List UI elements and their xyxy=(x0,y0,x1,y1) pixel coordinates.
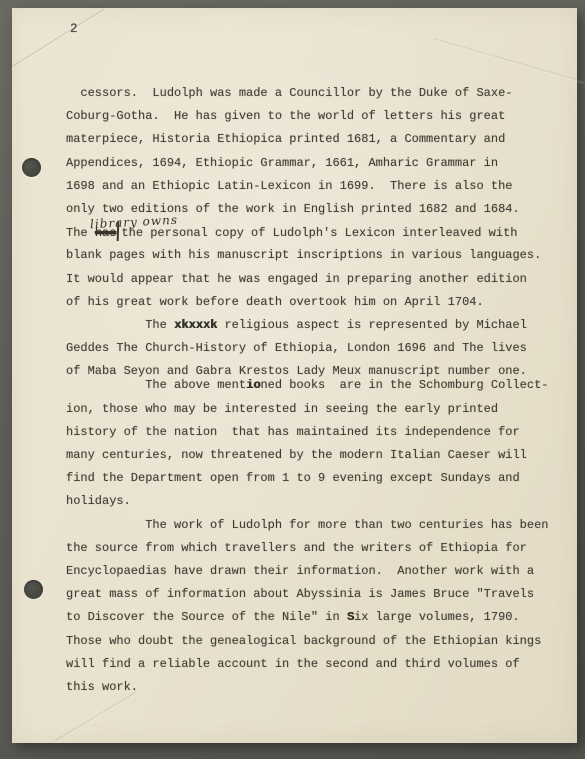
typed-segment: great mass of information about Abyssini… xyxy=(66,587,534,601)
typed-segment: this work. xyxy=(66,680,138,694)
typed-segment: Geddes The Church-History of Ethiopia, L… xyxy=(66,341,527,355)
typed-line: this work. xyxy=(66,676,572,699)
typed-line: The above mentioned books are in the Sch… xyxy=(66,374,572,397)
typed-line: will find a reliable account in the seco… xyxy=(66,653,572,676)
typed-line: of his great work before death overtook … xyxy=(66,291,572,314)
typed-line: blank pages with his manuscript inscript… xyxy=(66,244,572,267)
typed-segment: ned books are in the Schomburg Collect- xyxy=(260,378,548,392)
typed-line: find the Department open from 1 to 9 eve… xyxy=(66,467,572,490)
typed-segment: 1698 and an Ethiopic Latin-Lexicon in 16… xyxy=(66,179,512,193)
typed-line: The hasthe personal copy of Ludolph's Le… xyxy=(66,221,572,244)
typed-line: 1698 and an Ethiopic Latin-Lexicon in 16… xyxy=(66,175,572,198)
punch-hole xyxy=(22,158,41,177)
typed-segment: S xyxy=(347,610,354,624)
typed-segment: The xyxy=(66,226,95,240)
typed-line: history of the nation that has maintaine… xyxy=(66,421,572,444)
paper-crease xyxy=(433,38,585,83)
typed-segment: The xyxy=(66,318,174,332)
typed-text: cessors. Ludolph was made a Councillor b… xyxy=(66,82,572,699)
typed-segment: history of the nation that has maintaine… xyxy=(66,425,520,439)
typed-segment: find the Department open from 1 to 9 eve… xyxy=(66,471,520,485)
typed-line: only two editions of the work in English… xyxy=(66,198,572,221)
typed-line: The xkxxxk religious aspect is represent… xyxy=(66,314,572,337)
typed-line: materpiece, Historia Ethiopica printed 1… xyxy=(66,128,572,151)
typed-line: The work of Ludolph for more than two ce… xyxy=(66,514,572,537)
typed-line: many centuries, now threatened by the mo… xyxy=(66,444,572,467)
insertion-mark xyxy=(117,221,120,241)
typed-segment: only two editions of the work in English… xyxy=(66,202,520,216)
typed-segment: Encyclopaedias have drawn their informat… xyxy=(66,564,534,578)
typed-segment: It would appear that he was engaged in p… xyxy=(66,272,527,286)
typed-segment: cessors. Ludolph was made a Councillor b… xyxy=(66,86,512,100)
typed-line: ion, those who may be interested in seei… xyxy=(66,398,572,421)
typed-line: to Discover the Source of the Nile" in S… xyxy=(66,606,572,629)
typed-segment: io xyxy=(246,378,260,392)
typed-line: cessors. Ludolph was made a Councillor b… xyxy=(66,82,572,105)
typed-line: Appendices, 1694, Ethiopic Grammar, 1661… xyxy=(66,152,572,175)
typed-segment: ix large volumes, 1790. xyxy=(354,610,520,624)
page-number: 2 xyxy=(70,22,78,36)
typed-segment: many centuries, now threatened by the mo… xyxy=(66,448,527,462)
photo-background: 2 library owns cessors. Ludolph was made… xyxy=(0,0,585,759)
typed-segment: Coburg-Gotha. He has given to the world … xyxy=(66,109,505,123)
typed-manuscript-page: 2 library owns cessors. Ludolph was made… xyxy=(12,8,577,743)
typed-segment: religious aspect is represented by Micha… xyxy=(217,318,527,332)
typed-segment: of his great work before death overtook … xyxy=(66,295,484,309)
typed-segment: the personal copy of Ludolph's Lexicon i… xyxy=(121,226,517,240)
typed-segment: blank pages with his manuscript inscript… xyxy=(66,248,541,262)
typed-line: It would appear that he was engaged in p… xyxy=(66,268,572,291)
typed-segment: Appendices, 1694, Ethiopic Grammar, 1661… xyxy=(66,156,498,170)
punch-hole xyxy=(24,580,43,599)
typed-line: holidays. xyxy=(66,490,572,513)
typed-segment: The work of Ludolph for more than two ce… xyxy=(66,518,548,532)
typed-line: Those who doubt the genealogical backgro… xyxy=(66,630,572,653)
typed-segment: ion, those who may be interested in seei… xyxy=(66,402,498,416)
typed-segment: materpiece, Historia Ethiopica printed 1… xyxy=(66,132,505,146)
typed-segment: Those who doubt the genealogical backgro… xyxy=(66,634,541,648)
typed-line: the source from which travellers and the… xyxy=(66,537,572,560)
typed-segment: will find a reliable account in the seco… xyxy=(66,657,520,671)
typed-segment: xkxxxk xyxy=(174,318,217,332)
typed-segment: to Discover the Source of the Nile" in xyxy=(66,610,347,624)
paper-crease xyxy=(10,9,104,68)
typed-segment: holidays. xyxy=(66,494,131,508)
typed-line: Coburg-Gotha. He has given to the world … xyxy=(66,105,572,128)
typed-line: Encyclopaedias have drawn their informat… xyxy=(66,560,572,583)
typed-line: Geddes The Church-History of Ethiopia, L… xyxy=(66,337,572,360)
paper-crease xyxy=(55,692,137,742)
typed-line: great mass of information about Abyssini… xyxy=(66,583,572,606)
struck-word: has xyxy=(95,226,117,240)
typed-segment: the source from which travellers and the… xyxy=(66,541,527,555)
typed-segment: The above ment xyxy=(66,378,246,392)
